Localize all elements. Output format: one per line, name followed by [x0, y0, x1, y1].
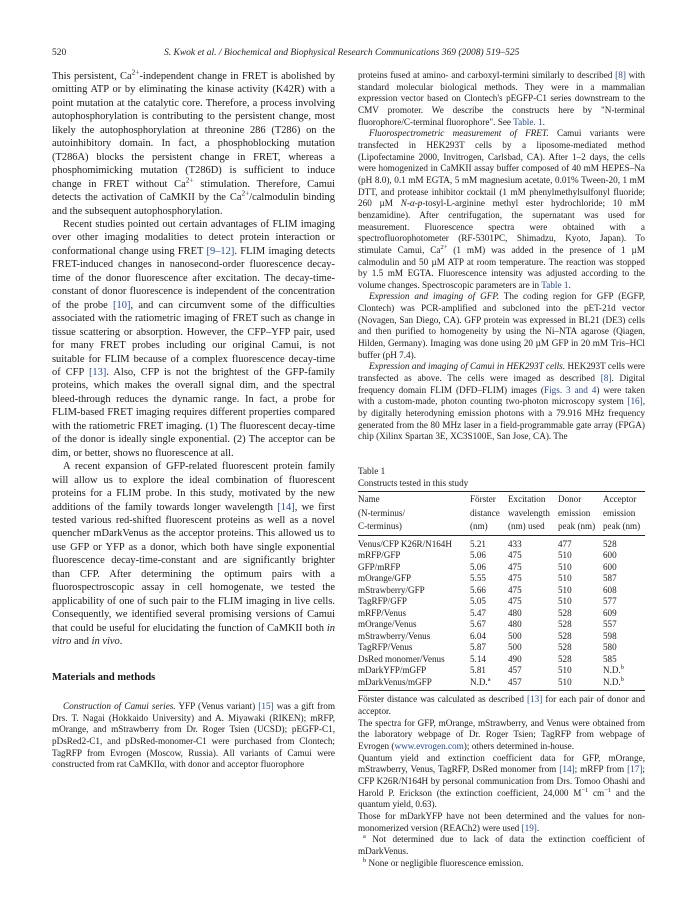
section-heading: Materials and methods [52, 671, 335, 684]
table-cell: 500 [508, 631, 558, 643]
table-row: mStrawberry/Venus6.04500528598 [358, 631, 645, 643]
paragraph: Recent studies pointed out certain advan… [52, 218, 335, 460]
table-row: mOrange/GFP5.55475510587 [358, 573, 645, 585]
table-cell: 5.55 [470, 573, 508, 585]
subsection-title: Fluorospectrometric measurement of FRET. [369, 128, 549, 138]
table-cell: 5.06 [470, 562, 508, 574]
table-cell: 5.87 [470, 642, 508, 654]
table-cell: 510 [558, 677, 603, 691]
table-cell: 6.04 [470, 631, 508, 643]
citation-link[interactable]: [8] [615, 70, 626, 80]
table-cell: mStrawberry/Venus [358, 631, 470, 643]
table-cell: 510 [558, 585, 603, 597]
table-row: mRFP/GFP5.06475510600 [358, 550, 645, 562]
citation-link[interactable]: [8] [601, 373, 612, 383]
table-cell: 5.14 [470, 654, 508, 666]
table-note: Förster distance was calculated as descr… [358, 694, 645, 717]
table-label: Table 1 [358, 466, 645, 478]
table-cell: 577 [603, 596, 645, 608]
paragraph: Construction of Camui series. YFP (Venus… [52, 701, 335, 771]
paragraph: Expression and imaging of GFP. The codin… [358, 291, 645, 361]
table-cell: 600 [603, 562, 645, 574]
table-cell: 480 [508, 608, 558, 620]
table-cell: TagRFP/GFP [358, 596, 470, 608]
table-cell: GFP/mRFP [358, 562, 470, 574]
table-row: Venus/CFP K26R/N164H5.21433477528 [358, 535, 645, 550]
table-cell: 609 [603, 608, 645, 620]
citation-link[interactable]: [16] [627, 396, 642, 406]
table-cell: 510 [558, 573, 603, 585]
subsection-title: Expression and imaging of Camui in HEK29… [369, 361, 565, 371]
table-cell: 500 [508, 642, 558, 654]
table-cell: N.D.b [603, 677, 645, 691]
table-cell: N.D.a [470, 677, 508, 691]
table-cell: Venus/CFP K26R/N164H [358, 535, 470, 550]
citation-link[interactable]: [15] [258, 701, 273, 711]
table-row: GFP/mRFP5.06475510600 [358, 562, 645, 574]
table-row: DsRed monomer/Venus5.14490528585 [358, 654, 645, 666]
right-column: proteins fused at amino- and carboxyl-te… [358, 70, 645, 869]
table-cell: 475 [508, 562, 558, 574]
table-row: TagRFP/GFP5.05475510577 [358, 596, 645, 608]
paragraph: proteins fused at amino- and carboxyl-te… [358, 70, 645, 128]
table-cell: 457 [508, 665, 558, 677]
table-cell: 5.66 [470, 585, 508, 597]
table-cell: 475 [508, 573, 558, 585]
citation-link[interactable]: [13] [527, 694, 542, 704]
table-cell: 5.21 [470, 535, 508, 550]
table-cell: 587 [603, 573, 645, 585]
table-cell: N.D.b [603, 665, 645, 677]
table-cell: 475 [508, 585, 558, 597]
table-cell: 528 [558, 631, 603, 643]
footnote-b: b None or negligible fluorescence emissi… [358, 858, 645, 870]
table-cell: 580 [603, 642, 645, 654]
table-cell: 598 [603, 631, 645, 643]
table-cell: 490 [508, 654, 558, 666]
table-cell: mOrange/Venus [358, 619, 470, 631]
table-cell: 528 [558, 608, 603, 620]
subsection-title: Expression and imaging of GFP. [369, 291, 499, 301]
table-row: mDarkVenus/mGFPN.D.a457510N.D.b [358, 677, 645, 691]
table-header-row: Name Förster Excitation Donor Acceptor [358, 492, 645, 506]
table-cell: 510 [558, 550, 603, 562]
table-row: mOrange/Venus5.67480528557 [358, 619, 645, 631]
table-cell: 457 [508, 677, 558, 691]
table-cell: 475 [508, 596, 558, 608]
table-note: The spectra for GFP, mOrange, mStrawberr… [358, 718, 645, 753]
table-row: mDarkYFP/mGFP5.81457510N.D.b [358, 665, 645, 677]
table-1: Table 1 Constructs tested in this study … [358, 466, 645, 869]
table-cell: 528 [558, 619, 603, 631]
citation-link[interactable]: [19] [522, 823, 537, 833]
table-cell: TagRFP/Venus [358, 642, 470, 654]
figure-link[interactable]: Figs. 3 and 4 [544, 385, 596, 395]
table-cell: 528 [603, 535, 645, 550]
paragraph: A recent expansion of GFP-related fluore… [52, 460, 335, 648]
table-link[interactable]: Table 1 [541, 280, 568, 290]
table-cell: 480 [508, 619, 558, 631]
citation-link[interactable]: [14] [559, 764, 574, 774]
table-cell: 600 [603, 550, 645, 562]
table-cell: 5.05 [470, 596, 508, 608]
table-cell: 510 [558, 596, 603, 608]
paragraph: Expression and imaging of Camui in HEK29… [358, 361, 645, 443]
table-link[interactable]: Table. 1 [513, 117, 542, 127]
table-cell: mDarkYFP/mGFP [358, 665, 470, 677]
table-caption: Constructs tested in this study [358, 478, 645, 490]
footnote-a: a Not determined due to lack of data the… [358, 834, 645, 857]
table-cell: 433 [508, 535, 558, 550]
page-number: 520 [52, 48, 66, 58]
table-cell: mRFP/GFP [358, 550, 470, 562]
citation-link[interactable]: [14] [277, 502, 294, 513]
table-cell: 528 [558, 642, 603, 654]
table-row: mRFP/Venus5.47480528609 [358, 608, 645, 620]
table-cell: mOrange/GFP [358, 573, 470, 585]
subsection-title: Construction of Camui series. [63, 701, 176, 711]
table-cell: mStrawberry/GFP [358, 585, 470, 597]
table-cell: 557 [603, 619, 645, 631]
table-row: mStrawberry/GFP5.66475510608 [358, 585, 645, 597]
evrogen-link[interactable]: www.evrogen.com [394, 741, 463, 751]
table-cell: 5.67 [470, 619, 508, 631]
citation-link[interactable]: [10] [113, 300, 130, 311]
paragraph: This persistent, Ca2+-independent change… [52, 70, 335, 218]
table-cell: 5.06 [470, 550, 508, 562]
constructs-table: Name Förster Excitation Donor Acceptor (… [358, 491, 645, 691]
table-cell: 528 [558, 654, 603, 666]
table-note: Quantum yield and extinction coefficient… [358, 753, 645, 811]
table-cell: 510 [558, 665, 603, 677]
table-cell: 608 [603, 585, 645, 597]
paragraph: Fluorospectrometric measurement of FRET.… [358, 128, 645, 291]
table-cell: 475 [508, 550, 558, 562]
table-cell: mRFP/Venus [358, 608, 470, 620]
table-cell: mDarkVenus/mGFP [358, 677, 470, 691]
citation-link[interactable]: [13] [89, 367, 106, 378]
journal-citation: S. Kwok et al. / Biochemical and Biophys… [164, 48, 519, 58]
table-cell: 585 [603, 654, 645, 666]
citation-link[interactable]: [9–12] [207, 246, 235, 257]
table-notes: Förster distance was calculated as descr… [358, 694, 645, 869]
table-cell: DsRed monomer/Venus [358, 654, 470, 666]
table-cell: 5.47 [470, 608, 508, 620]
left-column: This persistent, Ca2+-independent change… [52, 70, 335, 771]
table-cell: 510 [558, 562, 603, 574]
table-note: Those for mDarkYFP have not been determi… [358, 811, 645, 834]
citation-link[interactable]: [17] [627, 764, 642, 774]
table-header-row: (N-terminus/ distance wavelength emissio… [358, 506, 645, 520]
table-cell: 477 [558, 535, 603, 550]
table-header-row: C-terminus) (nm) (nm) used peak (nm) pea… [358, 519, 645, 535]
table-row: TagRFP/Venus5.87500528580 [358, 642, 645, 654]
